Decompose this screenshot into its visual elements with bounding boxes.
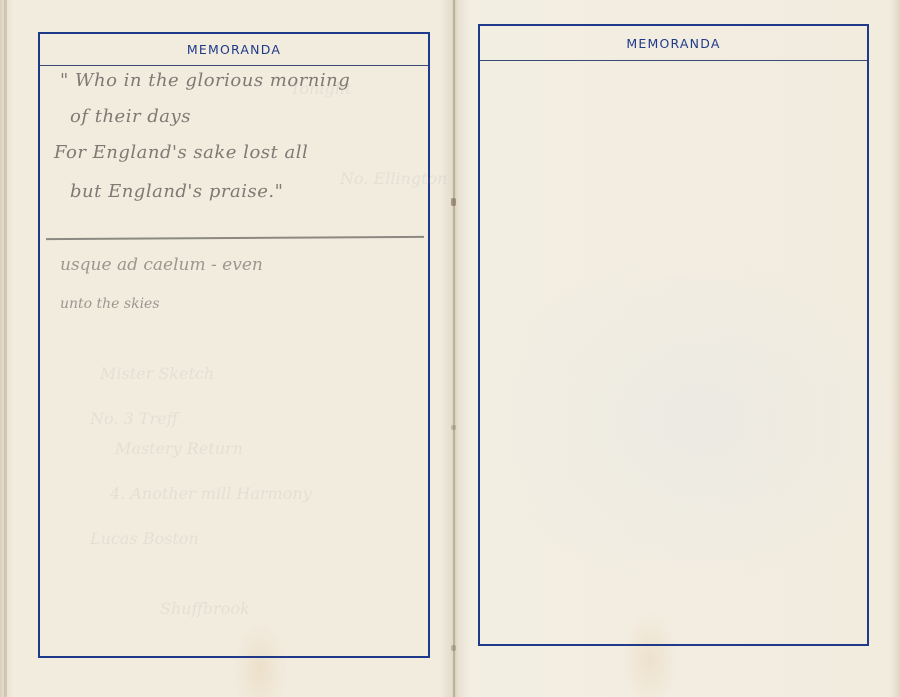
handwritten-quote-line: of their days — [70, 106, 191, 127]
handwritten-note-line: usque ad caelum - even — [60, 255, 263, 275]
right-page-title: MEMORANDA — [626, 36, 720, 51]
bleed-through-text: Lucas Boston — [90, 529, 199, 548]
bleed-through-text: No. 3 Treff — [90, 409, 178, 428]
pencil-divider-line — [46, 236, 424, 240]
notebook-spread: MEMORANDA Tonight No. Ellington Mister S… — [0, 0, 900, 697]
left-memoranda-frame: MEMORANDA Tonight No. Ellington Mister S… — [38, 32, 430, 658]
bleed-through-text: 4. Another mill Harmony — [110, 484, 312, 503]
bleed-through-text: Mastery Return — [115, 439, 243, 458]
bleed-through-text: Shuffbrook — [160, 599, 250, 618]
binding-stitch — [451, 425, 456, 430]
left-page-title: MEMORANDA — [187, 42, 281, 57]
binding-stitch — [451, 645, 456, 651]
page-edge — [4, 0, 7, 697]
handwritten-quote-line: " Who in the glorious morning — [60, 70, 350, 91]
bleed-through-text: Mister Sketch — [100, 364, 214, 383]
handwritten-note-line: unto the skies — [60, 296, 160, 312]
right-page-header: MEMORANDA — [480, 26, 867, 61]
left-page-header: MEMORANDA — [40, 34, 428, 66]
book-gutter — [453, 0, 455, 697]
bleed-through-text: No. Ellington — [340, 169, 447, 188]
binding-stitch — [451, 198, 456, 206]
handwritten-quote-line: but England's praise." — [70, 181, 283, 202]
right-memoranda-frame: MEMORANDA — [478, 24, 869, 646]
handwritten-quote-line: For England's sake lost all — [54, 142, 308, 163]
